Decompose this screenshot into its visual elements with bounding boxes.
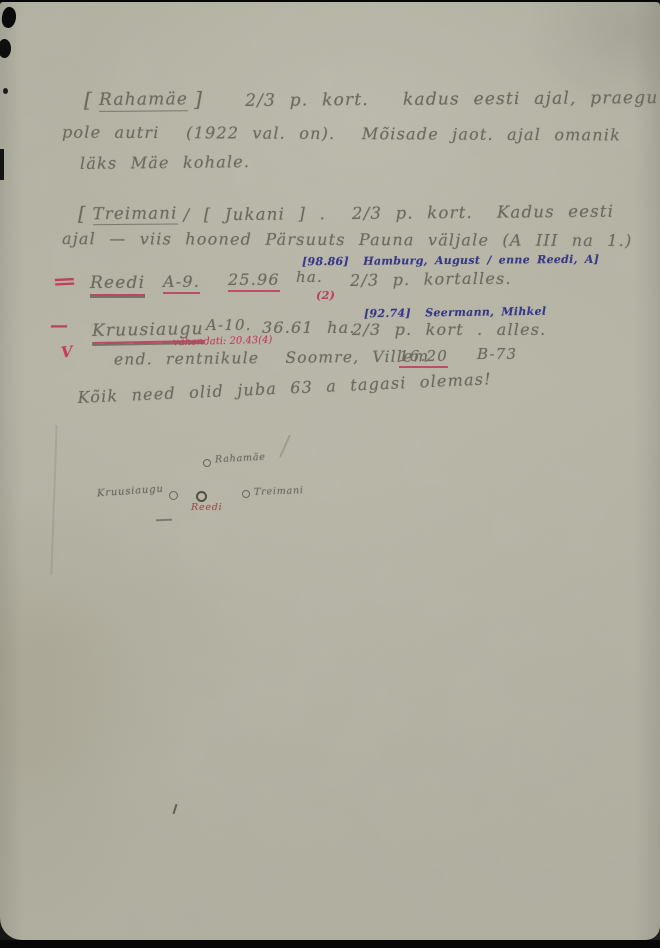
document-scan: [ Rahamäe ] 2/3 p. kort. kadus eesti aja…: [0, 0, 660, 948]
red-count-note: (2): [316, 288, 335, 302]
margin-mark-equals: =: [51, 268, 79, 293]
bracket-open: [: [78, 203, 87, 225]
tenant-value: 16.20: [399, 347, 448, 368]
tenure-note: 2/3 p. kort.: [352, 203, 473, 223]
status-reedi: alles.: [462, 269, 512, 288]
margin-mark-dash: —: [50, 315, 68, 336]
sketch-label-reedi: Reedi: [191, 502, 223, 513]
scan-dot-left-edge: [3, 88, 8, 94]
sketch-circle-reedi: [196, 491, 207, 502]
note-text: kadus eesti ajal, praegu: [403, 88, 659, 110]
unit-number-reedi: A-9.: [163, 272, 200, 294]
margin-mark-check: V: [60, 342, 73, 361]
scan-line-left-edge: [0, 149, 4, 180]
bracket-close: ]: [194, 87, 203, 111]
note-text: Kadus eesti: [497, 202, 614, 222]
note-treimani-line1: [ Treimani / [ Jukani ] . 2/3 p. kort. K…: [78, 199, 614, 226]
note-rahamae-line2: pole autri (1922 val. on). Mõisade jaot.…: [62, 123, 621, 145]
area-value-reedi: 25.96: [228, 270, 280, 292]
note-rahamae-line3: läks Mäe kohale.: [80, 152, 250, 173]
note-rahamae-line1: [ Rahamäe ] 2/3 p. kort. kadus eesti aja…: [84, 84, 659, 112]
tenure-status-kruusiaugu: 2/3 p. kort . alles.: [352, 320, 546, 339]
sketch-label-treimani: Treimani: [254, 485, 304, 498]
note-treimani-line2: ajal — viis hooned Pärsuuts Pauna väljal…: [62, 229, 632, 250]
farm-name-treimani: Treimani: [93, 203, 178, 225]
unit-number-kruusiaugu: A-10.: [206, 316, 252, 334]
tenure-reedi: 2/3 p. kort: [350, 269, 462, 290]
note-text: / [ Jukani ] .: [183, 204, 326, 224]
tenant-code: B-73: [477, 345, 517, 363]
bracket-open: [: [84, 88, 93, 112]
sketch-circle-rahamae: [203, 459, 211, 467]
tenant-line: end. rentnikule Soomre, Villem: [114, 347, 429, 368]
ink-annotation-seermann: [92.74] Seermann, Mihkel: [364, 305, 546, 321]
ink-annotation-hamburg: [98.86] Hamburg, August / enne Reedi, A]: [302, 253, 599, 269]
area-unit-reedi: ha.: [283, 268, 323, 286]
tenure-note: 2/3 p. kort.: [245, 90, 369, 111]
farm-name-rahamae: Rahamäe: [99, 89, 188, 112]
sketch-circle-treimani: [242, 490, 250, 498]
area-kruusiaugu: 36.61 ha.: [262, 318, 356, 337]
farm-name-reedi: Reedi: [90, 273, 145, 296]
sketch-circle-kruusiaugu: [169, 491, 178, 500]
